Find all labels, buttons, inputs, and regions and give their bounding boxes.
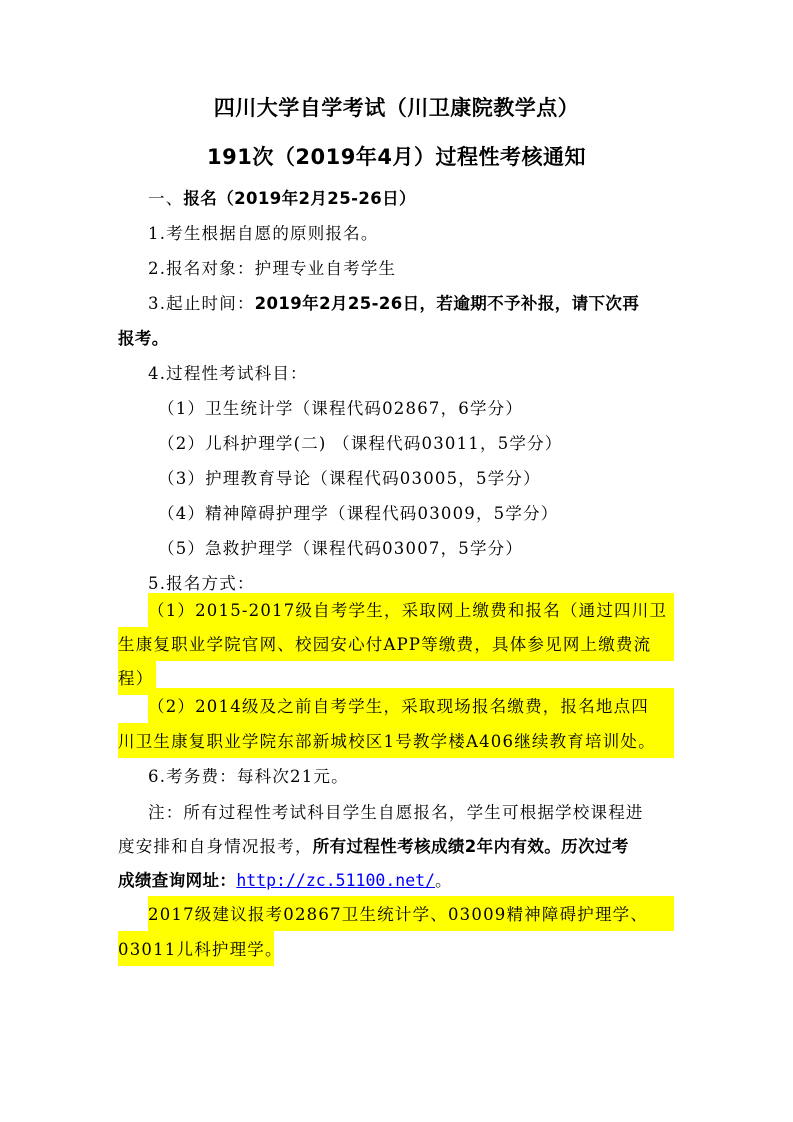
recommend-line-2: 03011儿科护理学。	[118, 937, 678, 963]
note-line-3: 成绩查询网址：http://zc.51100.net/。	[118, 868, 678, 894]
subject-4: （4）精神障碍护理学（课程代码03009，5学分）	[158, 501, 718, 527]
item-3-dates: 2019年2月25-26日，若逾期不予补报，请下次再	[255, 294, 640, 313]
method-2-line-2: 川卫生康复职业学院东部新城校区1号教学楼A406继续教育培训处。	[118, 729, 678, 755]
item-3-label: 3.起止时间：	[148, 294, 255, 313]
item-2: 2.报名对象：护理专业自考学生	[148, 256, 708, 282]
method-1-line-1: （1）2015-2017级自考学生，采取网上缴费和报名（通过四川卫	[148, 598, 708, 624]
method-1-line-2: 生康复职业学院官网、校园安心付APP等缴费，具体参见网上缴费流	[118, 632, 678, 658]
query-label: 成绩查询网址：	[118, 871, 236, 890]
item-4: 4.过程性考试科目：	[148, 361, 708, 387]
recommend-line-1: 2017级建议报考02867卫生统计学、03009精神障碍护理学、	[148, 902, 708, 928]
title-line-2: 191次（2019年4月）过程性考核通知	[0, 141, 793, 171]
subject-1: （1）卫生统计学（课程代码02867，6学分）	[158, 396, 718, 422]
note-line-1: 注：所有过程性考试科目学生自愿报名，学生可根据学校课程进	[148, 800, 708, 826]
title-line-1: 四川大学自学考试（川卫康院教学点）	[0, 92, 793, 122]
subject-2: （2）儿科护理学(二) （课程代码03011，5学分）	[158, 431, 718, 457]
subject-3: （3）护理教育导论（课程代码03005，5学分）	[158, 466, 718, 492]
note-text: 度安排和自身情况报考，	[118, 837, 313, 856]
item-3-continued: 报考。	[118, 326, 678, 352]
item-1: 1.考生根据自愿的原则报名。	[148, 221, 708, 247]
period: 。	[435, 871, 453, 890]
item-3: 3.起止时间：2019年2月25-26日，若逾期不予补报，请下次再	[148, 291, 708, 317]
section-number: 一、	[148, 189, 183, 208]
score-query-link[interactable]: http://zc.51100.net/	[236, 871, 435, 890]
section-title: 报名（2019年2月25-26日）	[183, 189, 415, 208]
section-1-heading: 一、报名（2019年2月25-26日）	[148, 186, 708, 212]
method-2-line-1: （2）2014级及之前自考学生，采取现场报名缴费，报名地点四	[148, 694, 708, 720]
subject-5: （5）急救护理学（课程代码03007，5学分）	[158, 536, 718, 562]
document-page: 四川大学自学考试（川卫康院教学点） 191次（2019年4月）过程性考核通知 一…	[0, 0, 793, 1122]
note-line-2: 度安排和自身情况报考，所有过程性考核成绩2年内有效。历次过考	[118, 834, 678, 860]
item-6: 6.考务费：每科次21元。	[148, 764, 708, 790]
note-bold-text: 所有过程性考核成绩2年内有效。历次过考	[313, 837, 629, 856]
